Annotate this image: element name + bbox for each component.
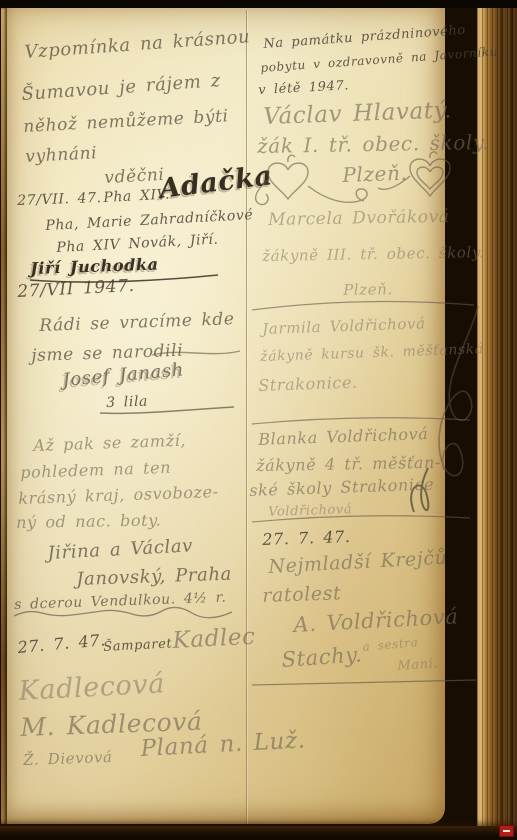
memory-line-5: vděčni (104, 167, 165, 187)
divider-line-3 (250, 512, 472, 528)
kadlec-line-3: Ž. Dievová (23, 750, 113, 768)
dvorakova-line-2: žákyně III. tř. obec. školy. (262, 245, 484, 264)
scan-bottom-border (0, 826, 517, 840)
memory-line-4: vyhnáni (25, 145, 98, 166)
badge-dash-icon (503, 830, 510, 832)
prague-date: 27/VII. 47. (17, 191, 102, 208)
landscape-line-4: ný od nac. boty. (16, 512, 162, 531)
krejci-place: Stachy. (281, 644, 363, 671)
kadlec-name-first: Šamparet (103, 637, 173, 654)
krejci-date: 27. 7. 47. (262, 529, 351, 548)
jarmila-place: Strakonice. (258, 375, 358, 394)
page-fold-line (246, 10, 247, 824)
red-marker-badge (499, 825, 514, 837)
scan-top-border (0, 0, 517, 8)
wavy-divider-line (12, 604, 240, 622)
krejci-line-2: ratolest (262, 584, 342, 606)
pencil-flourish-small (150, 346, 242, 360)
kadlec-name-last: Kadlec (172, 626, 256, 653)
janash-underline (98, 405, 236, 417)
bottom-underline (250, 676, 478, 688)
left-page-edge (1, 8, 7, 824)
scanned-album-page: Vzpomínka na krásnou Šumavou je rájem z … (0, 0, 517, 840)
blanka-line-2: žákyně 4 tř. měšťan- (256, 455, 441, 474)
kadlec-line-1: Kadlecová (18, 670, 166, 705)
dvorakova-name: Marcela Dvořáková (268, 209, 450, 229)
krejci-note-2: Mani. (397, 657, 439, 673)
